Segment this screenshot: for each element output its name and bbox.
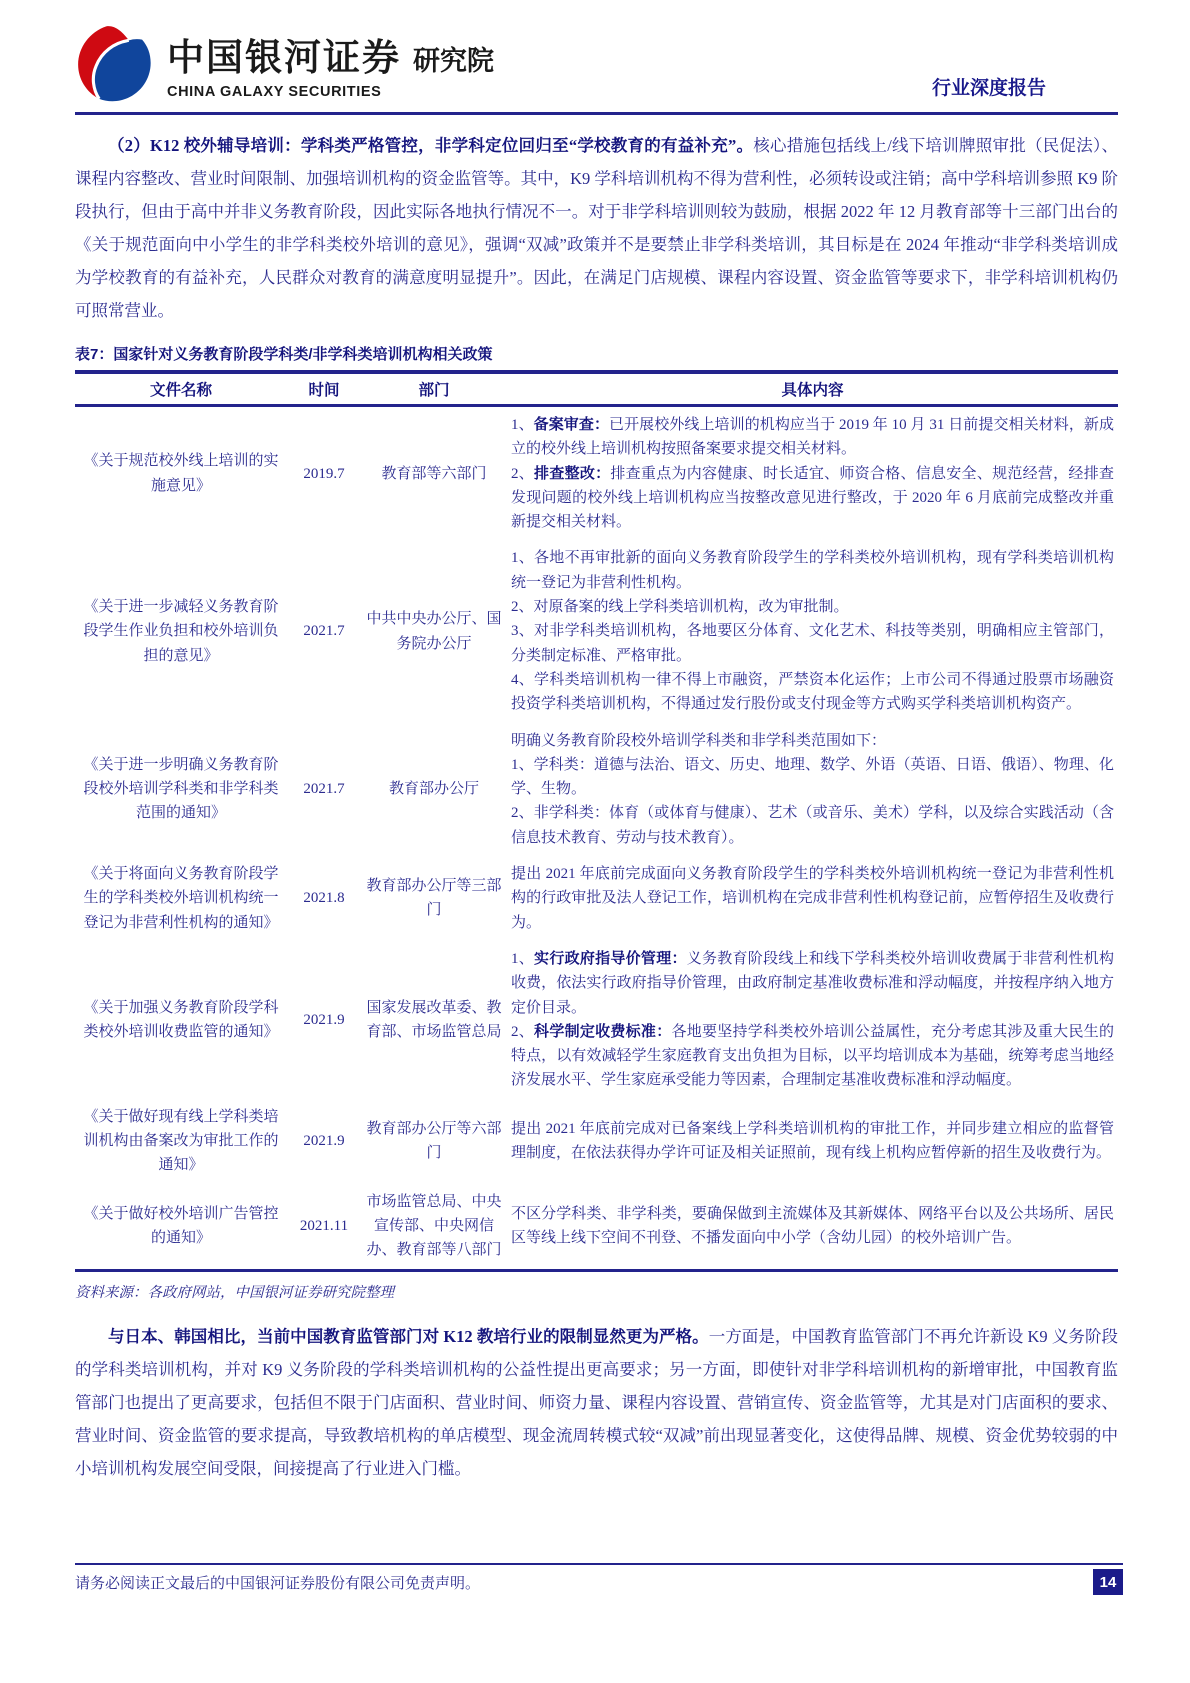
policy-content-line: 2、排查整改：排查重点为内容健康、时长适宜、师资合格、信息安全、规范经营，经排查… [511, 462, 1114, 535]
content-text: 不区分学科类、非学科类，要确保做到主流媒体及其新媒体、网络平台以及公共场所、居民… [511, 1206, 1114, 1246]
page-number-badge: 14 [1093, 1569, 1123, 1595]
policy-date: 2021.9 [287, 1099, 361, 1184]
policy-content-line: 2、对原备案的线上学科类培训机构，改为审批制。 [511, 595, 1114, 619]
content-bold: 排查整改： [534, 466, 610, 482]
policy-content-line: 1、各地不再审批新的面向义务教育阶段学生的学科类校外培训机构，现有学科类培训机构… [511, 546, 1114, 595]
body-paragraph-1: （2）K12 校外辅导培训：学科类严格管控，非学科定位回归至“学校教育的有益补充… [75, 129, 1118, 327]
col-header-department: 部门 [361, 372, 507, 406]
brand-text: 中国银河证券 研究院 CHINA GALAXY SECURITIES [167, 27, 494, 100]
table-row: 《关于将面向义务教育阶段学生的学科类校外培训机构统一登记为非营利性机构的通知》 … [75, 856, 1118, 941]
brand-institute-label: 研究院 [413, 39, 494, 78]
policy-date: 2021.9 [287, 941, 361, 1099]
paragraph-1-lead: （2）K12 校外辅导培训：学科类严格管控，非学科定位回归至“学校教育的有益补充… [108, 136, 753, 155]
footer-disclaimer: 请务必阅读正文最后的中国银河证券股份有限公司免责声明。 [75, 1572, 480, 1593]
policy-content-line: 提出 2021 年底前完成面向义务教育阶段学生的学科类校外培训机构统一登记为非营… [511, 862, 1114, 935]
content-text: 2、对原备案的线上学科类培训机构，改为审批制。 [511, 599, 849, 615]
policy-date: 2021.7 [287, 723, 361, 856]
policy-content-line: 2、科学制定收费标准：各地要坚持学科类校外培训公益属性，充分考虑其涉及重大民生的… [511, 1020, 1114, 1093]
report-page: 中国银河证券 研究院 CHINA GALAXY SECURITIES 行业深度报… [0, 0, 1190, 1683]
policy-date: 2021.11 [287, 1184, 361, 1270]
content-text: 明确义务教育阶段校外培训学科类和非学科类范围如下： [511, 733, 886, 749]
policy-content-line: 提出 2021 年底前完成对已备案线上学科类培训机构的审批工作，并同步建立相应的… [511, 1117, 1114, 1166]
page-header: 中国银河证券 研究院 CHINA GALAXY SECURITIES 行业深度报… [75, 24, 1118, 102]
table-row: 《关于进一步减轻义务教育阶段学生作业负担和校外培训负担的意见》 2021.7 中… [75, 540, 1118, 722]
content-text: 3、对非学科类培训机构，各地要区分体育、文化艺术、科技等类别，明确相应主管部门，… [511, 623, 1114, 663]
policy-details: 提出 2021 年底前完成面向义务教育阶段学生的学科类校外培训机构统一登记为非营… [507, 856, 1118, 941]
table-row: 《关于加强义务教育阶段学科类校外培训收费监管的通知》 2021.9 国家发展改革… [75, 941, 1118, 1099]
policy-name: 《关于规范校外线上培训的实施意见》 [75, 406, 287, 541]
policy-name: 《关于进一步减轻义务教育阶段学生作业负担和校外培训负担的意见》 [75, 540, 287, 722]
content-bold: 备案审查： [534, 417, 609, 433]
policy-name: 《关于将面向义务教育阶段学生的学科类校外培训机构统一登记为非营利性机构的通知》 [75, 856, 287, 941]
paragraph-2-text: 一方面是，中国教育监管部门不再允许新设 K9 义务阶段的学科类培训机构，并对 K… [75, 1327, 1118, 1478]
policy-name: 《关于做好校外培训广告管控的通知》 [75, 1184, 287, 1270]
policy-department: 市场监管总局、中央宣传部、中央网信办、教育部等八部门 [361, 1184, 507, 1270]
report-type-label: 行业深度报告 [932, 73, 1046, 102]
table-title: 表7：国家针对义务教育阶段学科类/非学科类培训机构相关政策 [75, 343, 1118, 364]
policy-department: 中共中央办公厅、国务院办公厅 [361, 540, 507, 722]
content-num: 2、 [511, 1024, 534, 1040]
policy-content-line: 2、非学科类：体育（或体育与健康）、艺术（或音乐、美术）学科，以及综合实践活动（… [511, 801, 1114, 850]
paragraph-1-text: 核心措施包括线上/线下培训牌照审批（民促法）、课程内容整改、营业时间限制、加强培… [75, 136, 1118, 320]
policy-content-line: 1、备案审查：已开展校外线上培训的机构应当于 2019 年 10 月 31 日前… [511, 413, 1114, 462]
col-header-date: 时间 [287, 372, 361, 406]
table-row: 《关于做好现有线上学科类培训机构由备案改为审批工作的通知》 2021.9 教育部… [75, 1099, 1118, 1184]
content-text: 1、学科类：道德与法治、语文、历史、地理、数学、外语（英语、日语、俄语）、物理、… [511, 757, 1114, 797]
policy-details: 提出 2021 年底前完成对已备案线上学科类培训机构的审批工作，并同步建立相应的… [507, 1099, 1118, 1184]
col-header-document-name: 文件名称 [75, 372, 287, 406]
content-bold: 实行政府指导价管理： [534, 951, 687, 967]
page-footer: 请务必阅读正文最后的中国银河证券股份有限公司免责声明。 14 [75, 1563, 1123, 1595]
table-source-note: 资料来源：各政府网站，中国银河证券研究院整理 [75, 1281, 1118, 1302]
content-bold: 科学制定收费标准： [534, 1024, 671, 1040]
table-row: 《关于规范校外线上培训的实施意见》 2019.7 教育部等六部门 1、备案审查：… [75, 406, 1118, 541]
policy-details: 1、各地不再审批新的面向义务教育阶段学生的学科类校外培训机构，现有学科类培训机构… [507, 540, 1118, 722]
policy-content-line: 3、对非学科类培训机构，各地要区分体育、文化艺术、科技等类别，明确相应主管部门，… [511, 619, 1114, 668]
policy-department: 教育部办公厅 [361, 723, 507, 856]
content-num: 2、 [511, 466, 534, 482]
col-header-details: 具体内容 [507, 372, 1118, 406]
policy-details: 不区分学科类、非学科类，要确保做到主流媒体及其新媒体、网络平台以及公共场所、居民… [507, 1184, 1118, 1270]
policy-date: 2019.7 [287, 406, 361, 541]
policy-details: 1、实行政府指导价管理：义务教育阶段线上和线下学科类校外培训收费属于非营利性机构… [507, 941, 1118, 1099]
policy-details: 明确义务教育阶段校外培训学科类和非学科类范围如下： 1、学科类：道德与法治、语文… [507, 723, 1118, 856]
policy-table: 文件名称 时间 部门 具体内容 《关于规范校外线上培训的实施意见》 2019.7… [75, 370, 1118, 1272]
galaxy-swirl-logo-icon [75, 24, 153, 102]
policy-department: 国家发展改革委、教育部、市场监管总局 [361, 941, 507, 1099]
policy-content-line: 1、学科类：道德与法治、语文、历史、地理、数学、外语（英语、日语、俄语）、物理、… [511, 753, 1114, 802]
policy-date: 2021.7 [287, 540, 361, 722]
brand-name-cn: 中国银河证券 [167, 27, 401, 81]
paragraph-2-lead: 与日本、韩国相比，当前中国教育监管部门对 K12 教培行业的限制显然更为严格。 [108, 1327, 709, 1346]
content-text: 4、学科类培训机构一律不得上市融资，严禁资本化运作；上市公司不得通过股票市场融资… [511, 672, 1114, 712]
table-row: 《关于做好校外培训广告管控的通知》 2021.11 市场监管总局、中央宣传部、中… [75, 1184, 1118, 1270]
policy-department: 教育部等六部门 [361, 406, 507, 541]
policy-name: 《关于加强义务教育阶段学科类校外培训收费监管的通知》 [75, 941, 287, 1099]
brand-block: 中国银河证券 研究院 CHINA GALAXY SECURITIES [75, 24, 494, 102]
policy-content-line: 4、学科类培训机构一律不得上市融资，严禁资本化运作；上市公司不得通过股票市场融资… [511, 668, 1114, 717]
table-row: 《关于进一步明确义务教育阶段校外培训学科类和非学科类范围的通知》 2021.7 … [75, 723, 1118, 856]
policy-department: 教育部办公厅等六部门 [361, 1099, 507, 1184]
brand-name-en: CHINA GALAXY SECURITIES [167, 84, 494, 100]
policy-content-line: 不区分学科类、非学科类，要确保做到主流媒体及其新媒体、网络平台以及公共场所、居民… [511, 1202, 1114, 1251]
policy-content-line: 1、实行政府指导价管理：义务教育阶段线上和线下学科类校外培训收费属于非营利性机构… [511, 947, 1114, 1020]
content-num: 1、 [511, 417, 534, 433]
content-num: 1、 [511, 951, 534, 967]
header-divider [75, 112, 1118, 115]
content-text: 1、各地不再审批新的面向义务教育阶段学生的学科类校外培训机构，现有学科类培训机构… [511, 550, 1114, 590]
content-text: 提出 2021 年底前完成对已备案线上学科类培训机构的审批工作，并同步建立相应的… [511, 1121, 1114, 1161]
policy-name: 《关于做好现有线上学科类培训机构由备案改为审批工作的通知》 [75, 1099, 287, 1184]
content-text: 提出 2021 年底前完成面向义务教育阶段学生的学科类校外培训机构统一登记为非营… [511, 866, 1114, 931]
policy-name: 《关于进一步明确义务教育阶段校外培训学科类和非学科类范围的通知》 [75, 723, 287, 856]
content-text: 2、非学科类：体育（或体育与健康）、艺术（或音乐、美术）学科，以及综合实践活动（… [511, 805, 1114, 845]
policy-department: 教育部办公厅等三部门 [361, 856, 507, 941]
policy-date: 2021.8 [287, 856, 361, 941]
policy-details: 1、备案审查：已开展校外线上培训的机构应当于 2019 年 10 月 31 日前… [507, 406, 1118, 541]
table-header-row: 文件名称 时间 部门 具体内容 [75, 372, 1118, 406]
policy-content-line: 明确义务教育阶段校外培训学科类和非学科类范围如下： [511, 729, 1114, 753]
body-paragraph-2: 与日本、韩国相比，当前中国教育监管部门对 K12 教培行业的限制显然更为严格。一… [75, 1320, 1118, 1485]
